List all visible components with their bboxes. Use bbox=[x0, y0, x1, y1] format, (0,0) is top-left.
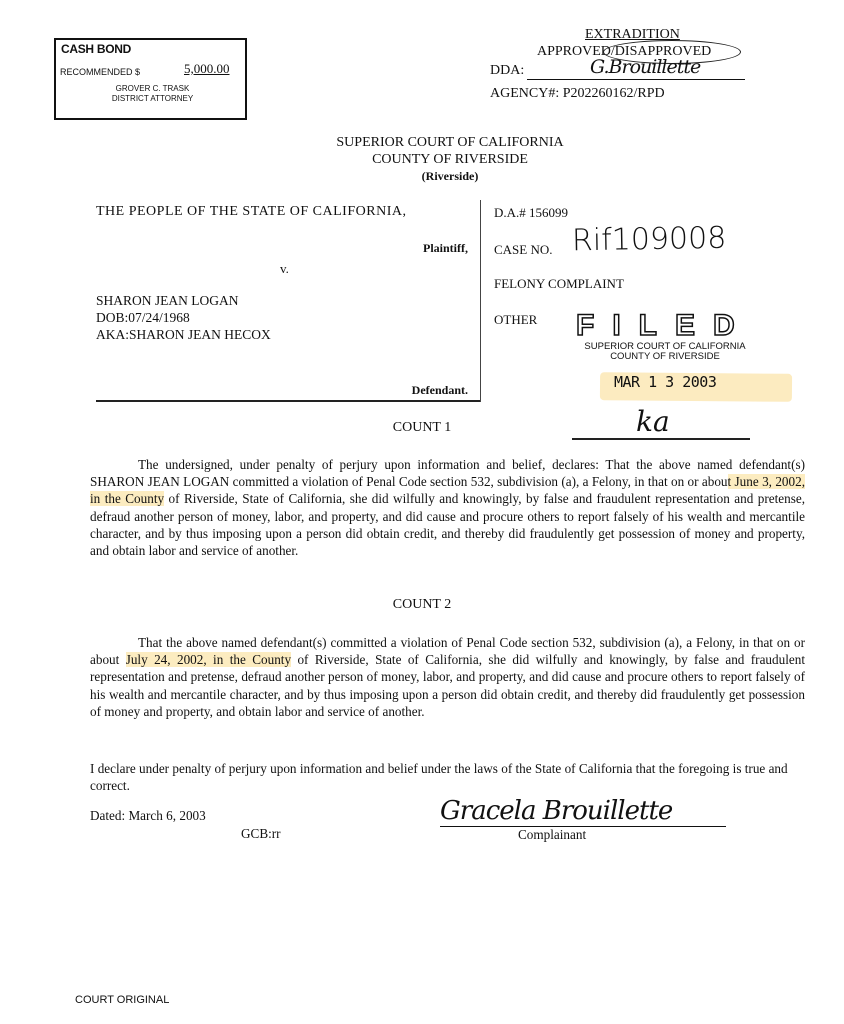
court-county: COUNTY OF RIVERSIDE bbox=[250, 151, 650, 168]
count-2-heading: COUNT 2 bbox=[0, 597, 844, 613]
count-1-text: The undersigned, under penalty of perjur… bbox=[90, 456, 805, 559]
count-2-highlight: July 24, 2002, in the County bbox=[126, 652, 291, 667]
footer-court-original: COURT ORIGINAL bbox=[75, 994, 169, 1006]
dda-signature-line bbox=[527, 79, 745, 80]
agency-label: AGENCY#: bbox=[490, 86, 559, 101]
court-heading: SUPERIOR COURT OF CALIFORNIA COUNTY OF R… bbox=[250, 134, 650, 185]
agency-value: P202260162/RPD bbox=[563, 86, 665, 101]
caption-divider-horizontal bbox=[96, 400, 481, 402]
count-1-heading: COUNT 1 bbox=[0, 420, 844, 436]
defendant-aka: AKA:SHARON JEAN HECOX bbox=[96, 326, 271, 343]
official-name: GROVER C. TRASK bbox=[56, 84, 249, 93]
plaintiff-label: Plaintiff, bbox=[300, 241, 468, 256]
defendant-dob: DOB:07/24/1968 bbox=[96, 309, 271, 326]
filed-stamp-county: COUNTY OF RIVERSIDE bbox=[560, 351, 770, 362]
document-type: FELONY COMPLAINT bbox=[494, 276, 624, 292]
versus: v. bbox=[280, 261, 289, 277]
dated: Dated: March 6, 2003 bbox=[90, 808, 206, 824]
case-number-handwritten: Rif109008 bbox=[572, 221, 727, 259]
caption-divider-vertical bbox=[480, 200, 481, 402]
complainant-label: Complainant bbox=[518, 827, 586, 843]
defendant-label: Defendant. bbox=[300, 383, 468, 398]
dda-label: DDA: bbox=[490, 63, 524, 79]
clerk-signature-line bbox=[572, 438, 750, 440]
filed-date: MAR 1 3 2003 bbox=[614, 373, 716, 391]
case-number-label: CASE NO. bbox=[494, 242, 553, 258]
count-2-text: That the above named defendant(s) commit… bbox=[90, 634, 805, 720]
other-label: OTHER bbox=[494, 312, 537, 328]
dda-signature: G.Brouillette bbox=[590, 56, 700, 78]
agency-number: AGENCY#: P202260162/RPD bbox=[490, 86, 665, 102]
filed-stamp-word: FILED bbox=[576, 309, 753, 343]
recommended-label: RECOMMENDED $ bbox=[60, 67, 140, 77]
declaration: I declare under penalty of perjury upon … bbox=[90, 760, 805, 794]
typist-initials: GCB:rr bbox=[241, 826, 281, 842]
plaintiff-name: THE PEOPLE OF THE STATE OF CALIFORNIA, bbox=[96, 204, 406, 220]
cash-bond-box: CASH BOND RECOMMENDED $ 5,000.00 GROVER … bbox=[54, 38, 247, 120]
court-name: SUPERIOR COURT OF CALIFORNIA bbox=[250, 134, 650, 151]
count-1-text-start: The undersigned, under penalty of perjur… bbox=[90, 457, 805, 489]
count-1-text-end: of Riverside, State of California, she d… bbox=[90, 491, 805, 558]
defendant-name: SHARON JEAN LOGAN bbox=[96, 292, 271, 309]
da-number: D.A.# 156099 bbox=[494, 205, 568, 221]
cash-bond-title: CASH BOND bbox=[61, 42, 131, 56]
official-title: DISTRICT ATTORNEY bbox=[56, 94, 249, 103]
defendant-block: SHARON JEAN LOGAN DOB:07/24/1968 AKA:SHA… bbox=[96, 292, 271, 343]
court-location: (Riverside) bbox=[250, 168, 650, 185]
bond-amount: 5,000.00 bbox=[184, 61, 230, 77]
complainant-signature: Gracela Brouillette bbox=[440, 796, 672, 826]
